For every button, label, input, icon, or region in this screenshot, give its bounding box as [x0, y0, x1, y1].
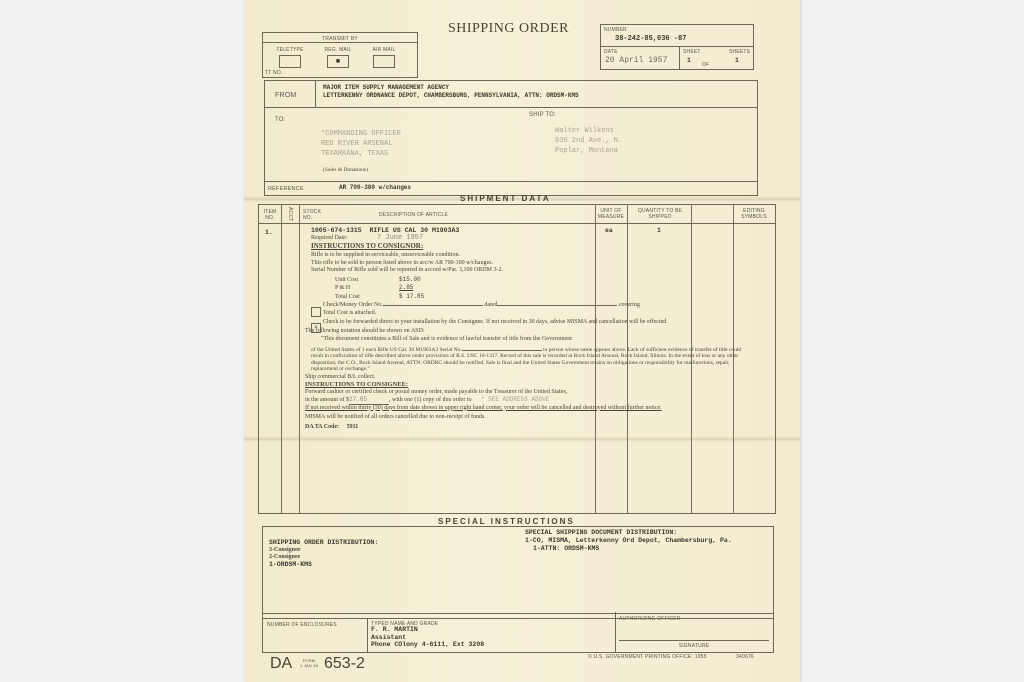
order-number-box: NUMBER 38-242-85,036 -87 DATE 20 April 1…	[600, 24, 754, 70]
stock-number: 1005-674-1315	[311, 227, 362, 234]
unit-cost-value: $15.00	[399, 276, 421, 283]
ship-commercial: Ship commercial B/L collect.	[305, 374, 751, 382]
transmit-by-box: TRANSMIT BY TELETYPE REG. MAIL ■ AIR MAI…	[262, 32, 418, 78]
notation-line-1: "This document constitutes a Bill of Sal…	[321, 336, 751, 344]
col-editing-symbols: EDITING SYMBOLS	[735, 208, 773, 220]
row-description-block: 1005-674-1315 RIFLE US CAL 30 M1903A3 Re…	[311, 227, 751, 431]
teletype-option[interactable]: TELETYPE	[275, 47, 305, 68]
sheets-label: SHEETS	[729, 49, 750, 55]
consignee-line-2: in the amount of $17.85, with one (1) co…	[305, 396, 751, 405]
typed-name-value: F. R. MARTIN Assistant Phone COlony 4-61…	[371, 626, 484, 649]
col-unit: UNIT OF MEASURE	[597, 208, 625, 220]
sheets-value: 1	[735, 57, 739, 65]
teletype-checkbox[interactable]	[279, 55, 301, 68]
reg-mail-option[interactable]: REG. MAIL ■	[323, 47, 353, 68]
shipping-order-document: TRANSMIT BY TELETYPE REG. MAIL ■ AIR MAI…	[244, 0, 800, 682]
sheet-label: SHEET	[683, 49, 701, 55]
forward-check-option: × Check to be forwarded direct to your i…	[323, 319, 751, 327]
form-prefix: DA	[270, 655, 292, 673]
notation-body: of the United States of 1 each Rifle US …	[311, 347, 751, 373]
form-title: SHIPPING ORDER	[448, 21, 569, 37]
reference-label: REFERENCE	[268, 186, 304, 192]
special-instructions-header: SPECIAL INSTRUCTIONS	[438, 517, 575, 526]
total-cost-value: $ 17.85	[399, 293, 424, 300]
forward-check-checkbox[interactable]: ×	[311, 323, 321, 333]
to-label: TO:	[275, 117, 286, 123]
from-label: FROM	[275, 92, 296, 99]
ph-value: 2.85	[399, 284, 413, 291]
article-description: RIFLE US CAL 30 M1903A3	[370, 227, 460, 234]
form-date: FORM 1 JAN 45	[300, 658, 318, 668]
authorizing-officer-label: AUTHORIZING OFFICER	[619, 616, 681, 622]
enclosures-label: NUMBER OF ENCLOSURES	[267, 622, 337, 628]
to-address: *COMMANDING OFFICER RED RIVER ARSENAL TE…	[321, 129, 401, 159]
date-label: DATE	[604, 49, 618, 55]
signature-row: NUMBER OF ENCLOSURES TYPED NAME AND GRAD…	[262, 612, 774, 653]
gpo-code: 340676	[736, 654, 754, 660]
from-line-2: LETTERKENNY ORDNANCE DEPOT, CHAMBERSBURG…	[323, 92, 579, 100]
check-money-order-checkbox[interactable]	[311, 307, 321, 317]
cost-table: Unit Cost$15.00 P & H2.85 Total Cost$ 17…	[335, 276, 751, 302]
sheet-value: 1	[687, 57, 691, 65]
number-label: NUMBER	[604, 27, 627, 33]
shipping-order-distribution: SHIPPING ORDER DISTRIBUTION: 3-Consignor…	[269, 539, 378, 569]
row-item-no: 1.	[265, 229, 273, 237]
da-ta-code: DA TA Code: 5911	[305, 424, 751, 432]
check-number-field[interactable]	[383, 305, 483, 306]
required-date-value: 7 June 1957	[377, 234, 423, 242]
total-cost-label: Total Cost	[335, 294, 399, 302]
instructions-consignee-heading: INSTRUCTIONS TO CONSIGNEE:	[305, 381, 751, 389]
signature-line[interactable]	[619, 640, 769, 641]
shipment-data-table: ITEM No. ACCT STOCK No. DESCRIPTION OF A…	[258, 204, 776, 514]
from-line-1: MAJOR ITEM SUPPLY MANAGEMENT AGENCY	[323, 84, 449, 92]
gpo-notice: © U.S. GOVERNMENT PRINTING OFFICE: 1955	[588, 654, 707, 660]
instruction-line: This rifle to be sold to person listed a…	[311, 260, 751, 268]
air-mail-option[interactable]: AIR MAIL	[369, 47, 399, 68]
check-money-order-option: Check/Money Order No. dated covering Tot…	[323, 302, 751, 317]
consignee-amount: 17.85	[349, 396, 389, 405]
unit-cost-label: Unit Cost	[335, 277, 399, 285]
air-mail-checkbox[interactable]	[373, 55, 395, 68]
special-shipping-document-distribution: SPECIAL SHIPPING DOCUMENT DISTRIBUTION: …	[525, 529, 732, 553]
reg-mail-checkbox[interactable]: ■	[327, 55, 349, 68]
number-value: 38-242-85,036 -87	[615, 35, 686, 43]
instruction-line: Serial Number of Rifle sold will be repo…	[311, 267, 751, 275]
ship-to-label: SHIP TO:	[529, 112, 556, 118]
instructions-consignor-heading: INSTRUCTIONS TO CONSIGNOR:	[311, 243, 751, 251]
serial-number-field[interactable]	[462, 350, 542, 351]
ship-to-address: Walter Wilkens 636 2nd Ave., N. Poplar, …	[555, 126, 622, 156]
col-item-no: ITEM No.	[260, 209, 280, 221]
reference-value: AR 700-380 w/changes	[339, 184, 411, 192]
of-label: OF	[702, 62, 709, 68]
required-date-label: Required Date:	[311, 235, 348, 241]
special-instructions-box: SHIPPING ORDER DISTRIBUTION: 3-Consignor…	[262, 526, 774, 614]
tt-no-label: TT NO.	[265, 70, 283, 76]
col-description: DESCRIPTION OF ARTICLE	[379, 212, 448, 218]
notation-intro: The following notation should be shown o…	[305, 328, 751, 336]
form-number: 653-2	[324, 655, 365, 673]
check-date-field[interactable]	[497, 305, 617, 306]
instruction-line: Rifle is to be supplied in serviceable, …	[311, 252, 751, 260]
col-quantity: QUANTITY TO BE SHIPPED	[631, 208, 689, 220]
consignee-send-to: * SEE ADDRESS ABOVE	[481, 396, 549, 403]
address-block: FROM MAJOR ITEM SUPPLY MANAGEMENT AGENCY…	[264, 80, 758, 196]
signature-label: SIGNATURE	[619, 643, 769, 649]
to-note: (Sales & Donations)	[323, 167, 368, 175]
shipment-data-header: SHIPMENT DATA	[460, 194, 551, 203]
ph-label: P & H	[335, 285, 399, 293]
date-value: 20 April 1957	[605, 56, 667, 65]
consignee-line-1: Forward cashier or certified check or po…	[305, 389, 751, 397]
misma-note: MISMA will be notified of all orders can…	[305, 414, 751, 422]
col-acct: ACCT	[287, 207, 293, 221]
col-stock-no: STOCK No.	[303, 209, 327, 221]
consignee-line-3: If not received within thirty (30) days …	[305, 405, 751, 413]
